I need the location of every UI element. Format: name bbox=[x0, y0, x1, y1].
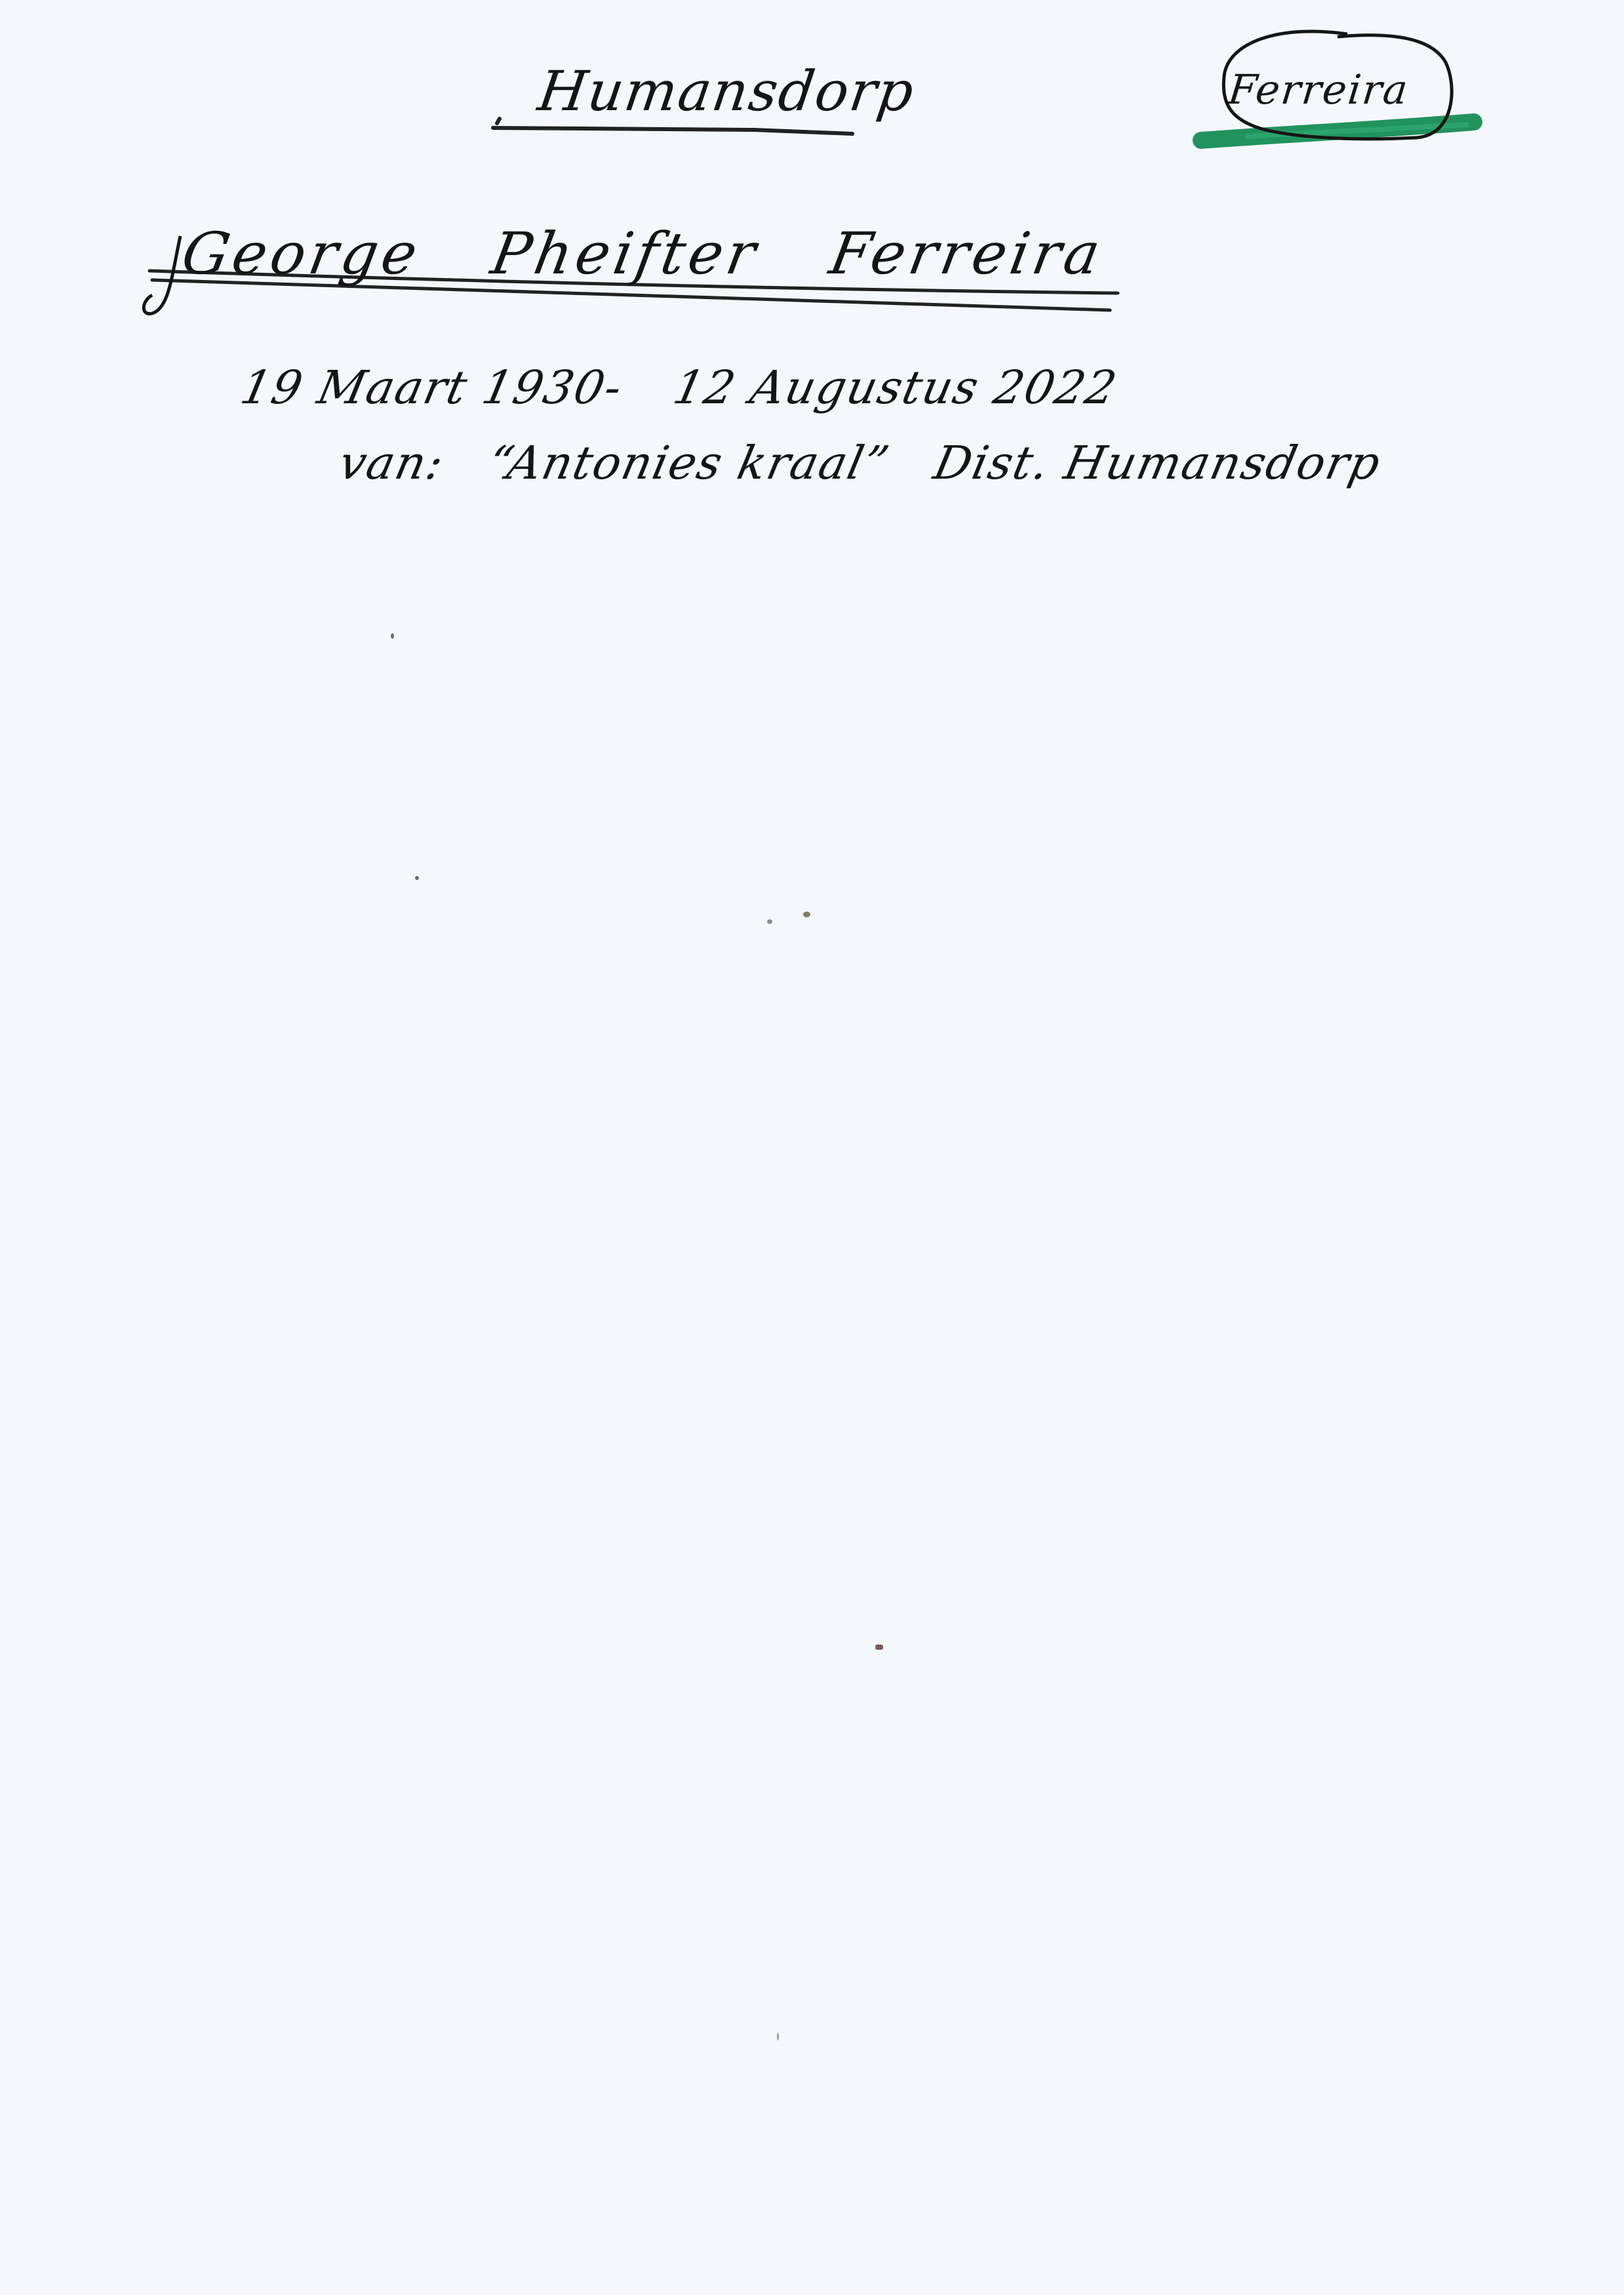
life-dates: 19 Maart 1930-12 Augustus 2022 bbox=[236, 361, 1122, 414]
paper-speck bbox=[415, 876, 419, 880]
paper-speck bbox=[875, 1645, 883, 1650]
origin-line: van:“Antonies kraal”Dist. Humansdorp bbox=[334, 436, 1386, 490]
origin-district: Dist. Humansdorp bbox=[929, 436, 1386, 490]
middle-name: Pheifter bbox=[486, 220, 764, 287]
last-name: Ferreira bbox=[825, 220, 1109, 287]
death-date: 12 Augustus 2022 bbox=[669, 361, 1122, 414]
paper-speck bbox=[767, 919, 772, 924]
paper-speck bbox=[803, 911, 810, 917]
origin-prefix: van: bbox=[334, 436, 449, 490]
birth-date: 19 Maart 1930 bbox=[236, 361, 611, 414]
pen-markings bbox=[0, 0, 1624, 2295]
surname-tag: Ferreira bbox=[1226, 66, 1411, 113]
paper-speck bbox=[391, 633, 394, 639]
paper-speck bbox=[777, 2033, 779, 2041]
origin-farm: “Antonies kraal” bbox=[484, 436, 895, 490]
place-heading: Humansdorp bbox=[534, 59, 919, 123]
scanned-page: Humansdorp Ferreira GeorgePheifterFerrei… bbox=[0, 0, 1624, 2295]
first-name: George bbox=[177, 220, 426, 287]
green-highlighter-stroke bbox=[1201, 122, 1474, 140]
full-name: GeorgePheifterFerreira bbox=[177, 220, 1109, 287]
